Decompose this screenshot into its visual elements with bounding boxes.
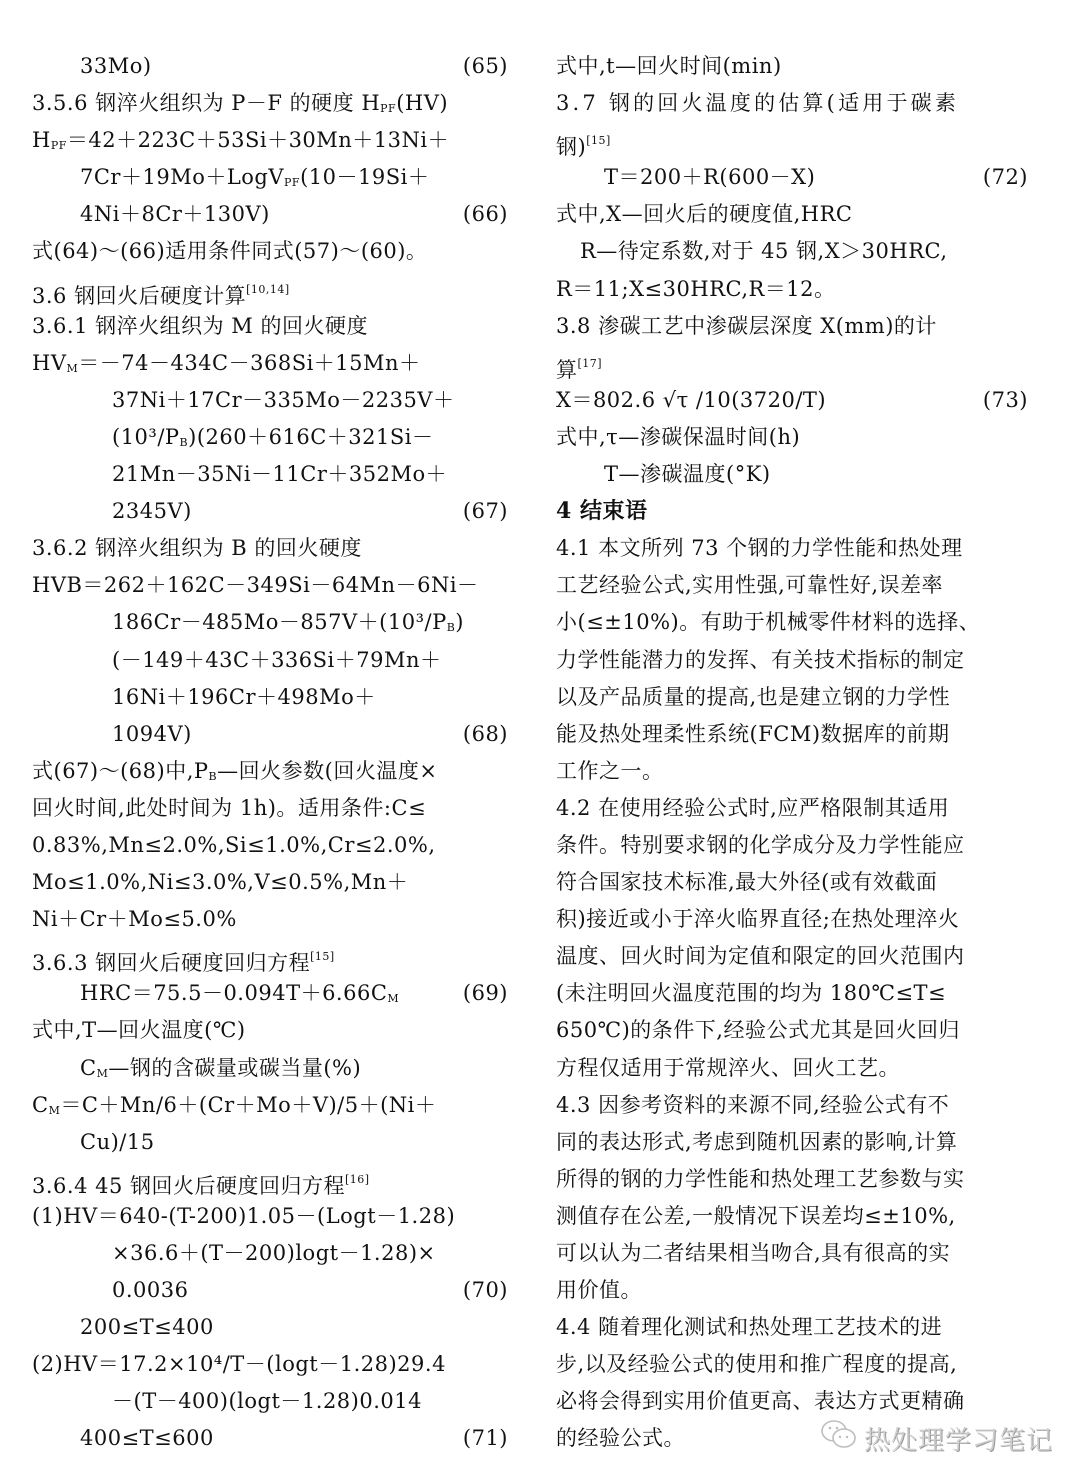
equation-number: (71) bbox=[463, 1420, 508, 1457]
text-line: 测值存在公差,一般情况下误差均≤±10%, bbox=[556, 1198, 1028, 1235]
text-line: 钢)[15] bbox=[556, 122, 1028, 159]
watermark: 热处理学习笔记 bbox=[820, 1420, 1053, 1456]
text-line: (10³/PB)(260＋616C＋321Si－ bbox=[32, 419, 508, 456]
equation-line: 0.0036(70) bbox=[32, 1272, 508, 1309]
text-line: 37Ni＋17Cr－335Mo－2235V＋ bbox=[32, 382, 508, 419]
watermark-text: 热处理学习笔记 bbox=[864, 1420, 1053, 1457]
line-text: 1094V) bbox=[112, 722, 192, 746]
line-text: (2)HV＝17.2×10⁴/T－(logt－1.28)29.4 bbox=[32, 1352, 446, 1376]
line-text: －(T－400)(logt－1.28)0.014 bbox=[112, 1389, 422, 1413]
line-text: (1)HV＝640-(T-200)1.05－(Logt－1.28) bbox=[32, 1204, 455, 1228]
line-text: 温度、回火时间为定值和限定的回火范围内 bbox=[556, 944, 965, 968]
equation-line: 400≤T≤600(71) bbox=[32, 1420, 508, 1457]
text-line: 3.7 钢的回火温度的估算(适用于碳素 bbox=[556, 85, 1028, 122]
equation-number: (66) bbox=[463, 196, 508, 233]
line-text: ×36.6＋(T－200)logt－1.28)× bbox=[112, 1241, 436, 1265]
text-line: 4.1 本文所列 73 个钢的力学性能和热处理 bbox=[556, 530, 1028, 567]
line-text: 算[17] bbox=[556, 358, 602, 382]
text-line: 4.3 因参考资料的来源不同,经验公式有不 bbox=[556, 1087, 1028, 1124]
text-line: 式中,τ—渗碳保温时间(h) bbox=[556, 419, 1028, 456]
text-line: 4.4 随着理化测试和热处理工艺技术的进 bbox=[556, 1309, 1028, 1346]
equation-number: (70) bbox=[463, 1272, 508, 1309]
line-text: HVM＝－74－434C－368Si＋15Mn＋ bbox=[32, 351, 421, 375]
text-line: 工作之一。 bbox=[556, 753, 1028, 790]
text-line: 方程仅适用于常规淬火、回火工艺。 bbox=[556, 1050, 1028, 1087]
text-line: (2)HV＝17.2×10⁴/T－(logt－1.28)29.4 bbox=[32, 1346, 508, 1383]
line-text: 式中,T—回火温度(℃) bbox=[32, 1018, 246, 1042]
line-text: R＝11;X≤30HRC,R＝12。 bbox=[556, 277, 836, 301]
line-text: 186Cr－485Mo－857V＋(10³/PB) bbox=[112, 610, 464, 634]
line-text: (10³/PB)(260＋616C＋321Si－ bbox=[112, 425, 433, 449]
equation-line: T＝200＋R(600－X)(72) bbox=[556, 159, 1028, 196]
line-text: 所得的钢的力学性能和热处理工艺参数与实 bbox=[556, 1167, 965, 1191]
text-line: 可以认为二者结果相当吻合,具有很高的实 bbox=[556, 1235, 1028, 1272]
text-line: ×36.6＋(T－200)logt－1.28)× bbox=[32, 1235, 508, 1272]
text-line: 用价值。 bbox=[556, 1272, 1028, 1309]
line-text: 方程仅适用于常规淬火、回火工艺。 bbox=[556, 1056, 900, 1080]
right-column: 式中,t—回火时间(min)3.7 钢的回火温度的估算(适用于碳素钢)[15]T… bbox=[556, 48, 1028, 1458]
line-text: Mo≤1.0%,Ni≤3.0%,V≤0.5%,Mn＋ bbox=[32, 870, 408, 894]
text-line: HVM＝－74－434C－368Si＋15Mn＋ bbox=[32, 345, 508, 382]
text-line: R＝11;X≤30HRC,R＝12。 bbox=[556, 271, 1028, 308]
section-heading: 4 结束语 bbox=[556, 493, 1028, 530]
line-text: 3.6.3 钢回火后硬度回归方程[15] bbox=[32, 951, 335, 975]
wechat-icon bbox=[820, 1419, 864, 1458]
text-line: 0.83%,Mn≤2.0%,Si≤1.0%,Cr≤2.0%, bbox=[32, 827, 508, 864]
line-text: R—待定系数,对于 45 钢,X＞30HRC, bbox=[580, 239, 948, 263]
line-text: 3.6.2 钢淬火组织为 B 的回火硬度 bbox=[32, 536, 362, 560]
line-text: 回火时间,此处时间为 1h)。适用条件:C≤ bbox=[32, 796, 426, 820]
text-line: 650℃)的条件下,经验公式尤其是回火回归 bbox=[556, 1012, 1028, 1049]
line-text: 3.8 渗碳工艺中渗碳层深度 X(mm)的计 bbox=[556, 314, 937, 338]
line-text: HVB＝262＋162C－349Si－64Mn－6Ni－ bbox=[32, 573, 479, 597]
text-line: －(T－400)(logt－1.28)0.014 bbox=[32, 1383, 508, 1420]
line-text: 4.3 因参考资料的来源不同,经验公式有不 bbox=[556, 1093, 949, 1117]
line-text: 式中,X—回火后的硬度值,HRC bbox=[556, 202, 853, 226]
text-line: CM＝C＋Mn/6＋(Cr＋Mo＋V)/5＋(Ni＋ bbox=[32, 1087, 508, 1124]
line-text: (－149＋43C＋336Si＋79Mn＋ bbox=[112, 648, 442, 672]
line-text: 21Mn－35Ni－11Cr＋352Mo＋ bbox=[112, 462, 447, 486]
line-text: 步,以及经验公式的使用和推广程度的提高, bbox=[556, 1352, 957, 1376]
equation-number: (68) bbox=[463, 716, 508, 753]
text-line: 积)接近或小于淬火临界直径;在热处理淬火 bbox=[556, 901, 1028, 938]
line-text: 式中,t—回火时间(min) bbox=[556, 54, 782, 78]
line-text: 7Cr＋19Mo＋LogVPF(10－19Si＋ bbox=[80, 165, 429, 189]
line-text: 可以认为二者结果相当吻合,具有很高的实 bbox=[556, 1241, 950, 1265]
line-text: 2345V) bbox=[112, 499, 192, 523]
line-text: 200≤T≤400 bbox=[80, 1315, 214, 1339]
line-text: 式(67)～(68)中,PB—回火参数(回火温度× bbox=[32, 759, 437, 783]
text-line: 小(≤±10%)。有助于机械零件材料的选择、 bbox=[556, 604, 1028, 641]
text-line: Cu)/15 bbox=[32, 1124, 508, 1161]
text-line: 3.8 渗碳工艺中渗碳层深度 X(mm)的计 bbox=[556, 308, 1028, 345]
line-text: 工作之一。 bbox=[556, 759, 664, 783]
equation-number: (73) bbox=[983, 382, 1028, 419]
text-line: 3.5.6 钢淬火组织为 P－F 的硬度 HPF(HV) bbox=[32, 85, 508, 122]
line-text: 33Mo) bbox=[80, 54, 152, 78]
text-line: HVB＝262＋162C－349Si－64Mn－6Ni－ bbox=[32, 567, 508, 604]
text-line: 式中,t—回火时间(min) bbox=[556, 48, 1028, 85]
text-line: 186Cr－485Mo－857V＋(10³/PB) bbox=[32, 604, 508, 641]
line-text: 以及产品质量的提高,也是建立钢的力学性 bbox=[556, 685, 950, 709]
line-text: 3.5.6 钢淬火组织为 P－F 的硬度 HPF(HV) bbox=[32, 91, 448, 115]
text-line: 式中,T—回火温度(℃) bbox=[32, 1012, 508, 1049]
text-line: 步,以及经验公式的使用和推广程度的提高, bbox=[556, 1346, 1028, 1383]
line-text: 16Ni＋196Cr＋498Mo＋ bbox=[112, 685, 376, 709]
equation-number: (65) bbox=[463, 48, 508, 85]
line-text: CM＝C＋Mn/6＋(Cr＋Mo＋V)/5＋(Ni＋ bbox=[32, 1093, 436, 1117]
left-column: 33Mo)(65)3.5.6 钢淬火组织为 P－F 的硬度 HPF(HV)HPF… bbox=[32, 48, 508, 1458]
text-line: CM—钢的含碳量或碳当量(%) bbox=[32, 1050, 508, 1087]
line-text: 钢)[15] bbox=[556, 135, 611, 159]
text-line: R—待定系数,对于 45 钢,X＞30HRC, bbox=[556, 233, 1028, 270]
line-text: 式(64)～(66)适用条件同式(57)～(60)。 bbox=[32, 239, 427, 263]
line-text: 工艺经验公式,实用性强,可靠性好,误差率 bbox=[556, 573, 943, 597]
line-text: 3.6 钢回火后硬度计算[10,14] bbox=[32, 284, 290, 308]
line-text: 4.4 随着理化测试和热处理工艺技术的进 bbox=[556, 1315, 942, 1339]
text-line: 同的表达形式,考虑到随机因素的影响,计算 bbox=[556, 1124, 1028, 1161]
equation-line: 4Ni＋8Cr＋130V)(66) bbox=[32, 196, 508, 233]
line-text: 的经验公式。 bbox=[556, 1426, 685, 1450]
line-text: 4 结束语 bbox=[556, 498, 647, 524]
text-line: 算[17] bbox=[556, 345, 1028, 382]
equation-line: HRC＝75.5－0.094T＋6.66CM(69) bbox=[32, 975, 508, 1012]
equation-line: 2345V)(67) bbox=[32, 493, 508, 530]
line-text: 0.0036 bbox=[112, 1278, 188, 1302]
line-text: 式中,τ—渗碳保温时间(h) bbox=[556, 425, 800, 449]
text-line: 必将会得到实用价值更高、表达方式更精确 bbox=[556, 1383, 1028, 1420]
text-line: 式(64)～(66)适用条件同式(57)～(60)。 bbox=[32, 233, 508, 270]
text-line: 4.2 在使用经验公式时,应严格限制其适用 bbox=[556, 790, 1028, 827]
line-text: HPF＝42＋223C＋53Si＋30Mn＋13Ni＋ bbox=[32, 128, 449, 152]
text-line: 3.6.1 钢淬火组织为 M 的回火硬度 bbox=[32, 308, 508, 345]
line-text: 3.6.4 45 钢回火后硬度回归方程[16] bbox=[32, 1174, 370, 1198]
text-line: 式中,X—回火后的硬度值,HRC bbox=[556, 196, 1028, 233]
line-text: X＝802.6 √τ /10(3720/T) bbox=[556, 388, 826, 412]
text-line: 条件。特别要求钢的化学成分及力学性能应 bbox=[556, 827, 1028, 864]
line-text: CM—钢的含碳量或碳当量(%) bbox=[80, 1056, 361, 1080]
line-text: 符合国家技术标准,最大外径(或有效截面 bbox=[556, 870, 937, 894]
text-line: (1)HV＝640-(T-200)1.05－(Logt－1.28) bbox=[32, 1198, 508, 1235]
line-text: 必将会得到实用价值更高、表达方式更精确 bbox=[556, 1389, 965, 1413]
text-line: 回火时间,此处时间为 1h)。适用条件:C≤ bbox=[32, 790, 508, 827]
line-text: Cu)/15 bbox=[80, 1130, 155, 1154]
text-line: 21Mn－35Ni－11Cr＋352Mo＋ bbox=[32, 456, 508, 493]
line-text: T＝200＋R(600－X) bbox=[604, 165, 815, 189]
line-text: HRC＝75.5－0.094T＋6.66CM bbox=[80, 981, 399, 1005]
line-text: T—渗碳温度(°K) bbox=[604, 462, 771, 486]
equation-number: (67) bbox=[463, 493, 508, 530]
line-text: (未注明回火温度范围的均为 180℃≤T≤ bbox=[556, 981, 946, 1005]
text-line: (－149＋43C＋336Si＋79Mn＋ bbox=[32, 642, 508, 679]
text-line: Mo≤1.0%,Ni≤3.0%,V≤0.5%,Mn＋ bbox=[32, 864, 508, 901]
line-text: 力学性能潜力的发挥、有关技术指标的制定 bbox=[556, 648, 965, 672]
text-line: 式(67)～(68)中,PB—回火参数(回火温度× bbox=[32, 753, 508, 790]
text-line: 温度、回火时间为定值和限定的回火范围内 bbox=[556, 938, 1028, 975]
line-text: 同的表达形式,考虑到随机因素的影响,计算 bbox=[556, 1130, 957, 1154]
line-text: 小(≤±10%)。有助于机械零件材料的选择、 bbox=[556, 610, 980, 634]
line-text: 400≤T≤600 bbox=[80, 1426, 214, 1450]
text-line: 工艺经验公式,实用性强,可靠性好,误差率 bbox=[556, 567, 1028, 604]
text-line: T—渗碳温度(°K) bbox=[556, 456, 1028, 493]
line-text: 积)接近或小于淬火临界直径;在热处理淬火 bbox=[556, 907, 959, 931]
text-line: Ni＋Cr＋Mo≤5.0% bbox=[32, 901, 508, 938]
line-text: 3.7 钢的回火温度的估算(适用于碳素 bbox=[556, 91, 959, 115]
equation-line: X＝802.6 √τ /10(3720/T)(73) bbox=[556, 382, 1028, 419]
line-text: 3.6.1 钢淬火组织为 M 的回火硬度 bbox=[32, 314, 368, 338]
text-line: 符合国家技术标准,最大外径(或有效截面 bbox=[556, 864, 1028, 901]
equation-line: 1094V)(68) bbox=[32, 716, 508, 753]
equation-line: 33Mo)(65) bbox=[32, 48, 508, 85]
line-text: 测值存在公差,一般情况下误差均≤±10%, bbox=[556, 1204, 956, 1228]
text-line: (未注明回火温度范围的均为 180℃≤T≤ bbox=[556, 975, 1028, 1012]
line-text: 4.1 本文所列 73 个钢的力学性能和热处理 bbox=[556, 536, 963, 560]
line-text: 0.83%,Mn≤2.0%,Si≤1.0%,Cr≤2.0%, bbox=[32, 833, 436, 857]
text-line: 力学性能潜力的发挥、有关技术指标的制定 bbox=[556, 642, 1028, 679]
line-text: 650℃)的条件下,经验公式尤其是回火回归 bbox=[556, 1018, 960, 1042]
text-line: 以及产品质量的提高,也是建立钢的力学性 bbox=[556, 679, 1028, 716]
line-text: 用价值。 bbox=[556, 1278, 642, 1302]
equation-number: (69) bbox=[463, 975, 508, 1012]
text-line: 所得的钢的力学性能和热处理工艺参数与实 bbox=[556, 1161, 1028, 1198]
line-text: 4.2 在使用经验公式时,应严格限制其适用 bbox=[556, 796, 949, 820]
line-text: Ni＋Cr＋Mo≤5.0% bbox=[32, 907, 237, 931]
text-line: HPF＝42＋223C＋53Si＋30Mn＋13Ni＋ bbox=[32, 122, 508, 159]
text-line: 16Ni＋196Cr＋498Mo＋ bbox=[32, 679, 508, 716]
text-line: 3.6.3 钢回火后硬度回归方程[15] bbox=[32, 938, 508, 975]
text-line: 能及热处理柔性系统(FCM)数据库的前期 bbox=[556, 716, 1028, 753]
line-text: 条件。特别要求钢的化学成分及力学性能应 bbox=[556, 833, 965, 857]
text-line: 3.6.4 45 钢回火后硬度回归方程[16] bbox=[32, 1161, 508, 1198]
line-text: 能及热处理柔性系统(FCM)数据库的前期 bbox=[556, 722, 950, 746]
text-line: 7Cr＋19Mo＋LogVPF(10－19Si＋ bbox=[32, 159, 508, 196]
text-line: 3.6 钢回火后硬度计算[10,14] bbox=[32, 271, 508, 308]
text-line: 3.6.2 钢淬火组织为 B 的回火硬度 bbox=[32, 530, 508, 567]
line-text: 37Ni＋17Cr－335Mo－2235V＋ bbox=[112, 388, 454, 412]
line-text: 4Ni＋8Cr＋130V) bbox=[80, 202, 270, 226]
text-line: 200≤T≤400 bbox=[32, 1309, 508, 1346]
equation-number: (72) bbox=[983, 159, 1028, 196]
